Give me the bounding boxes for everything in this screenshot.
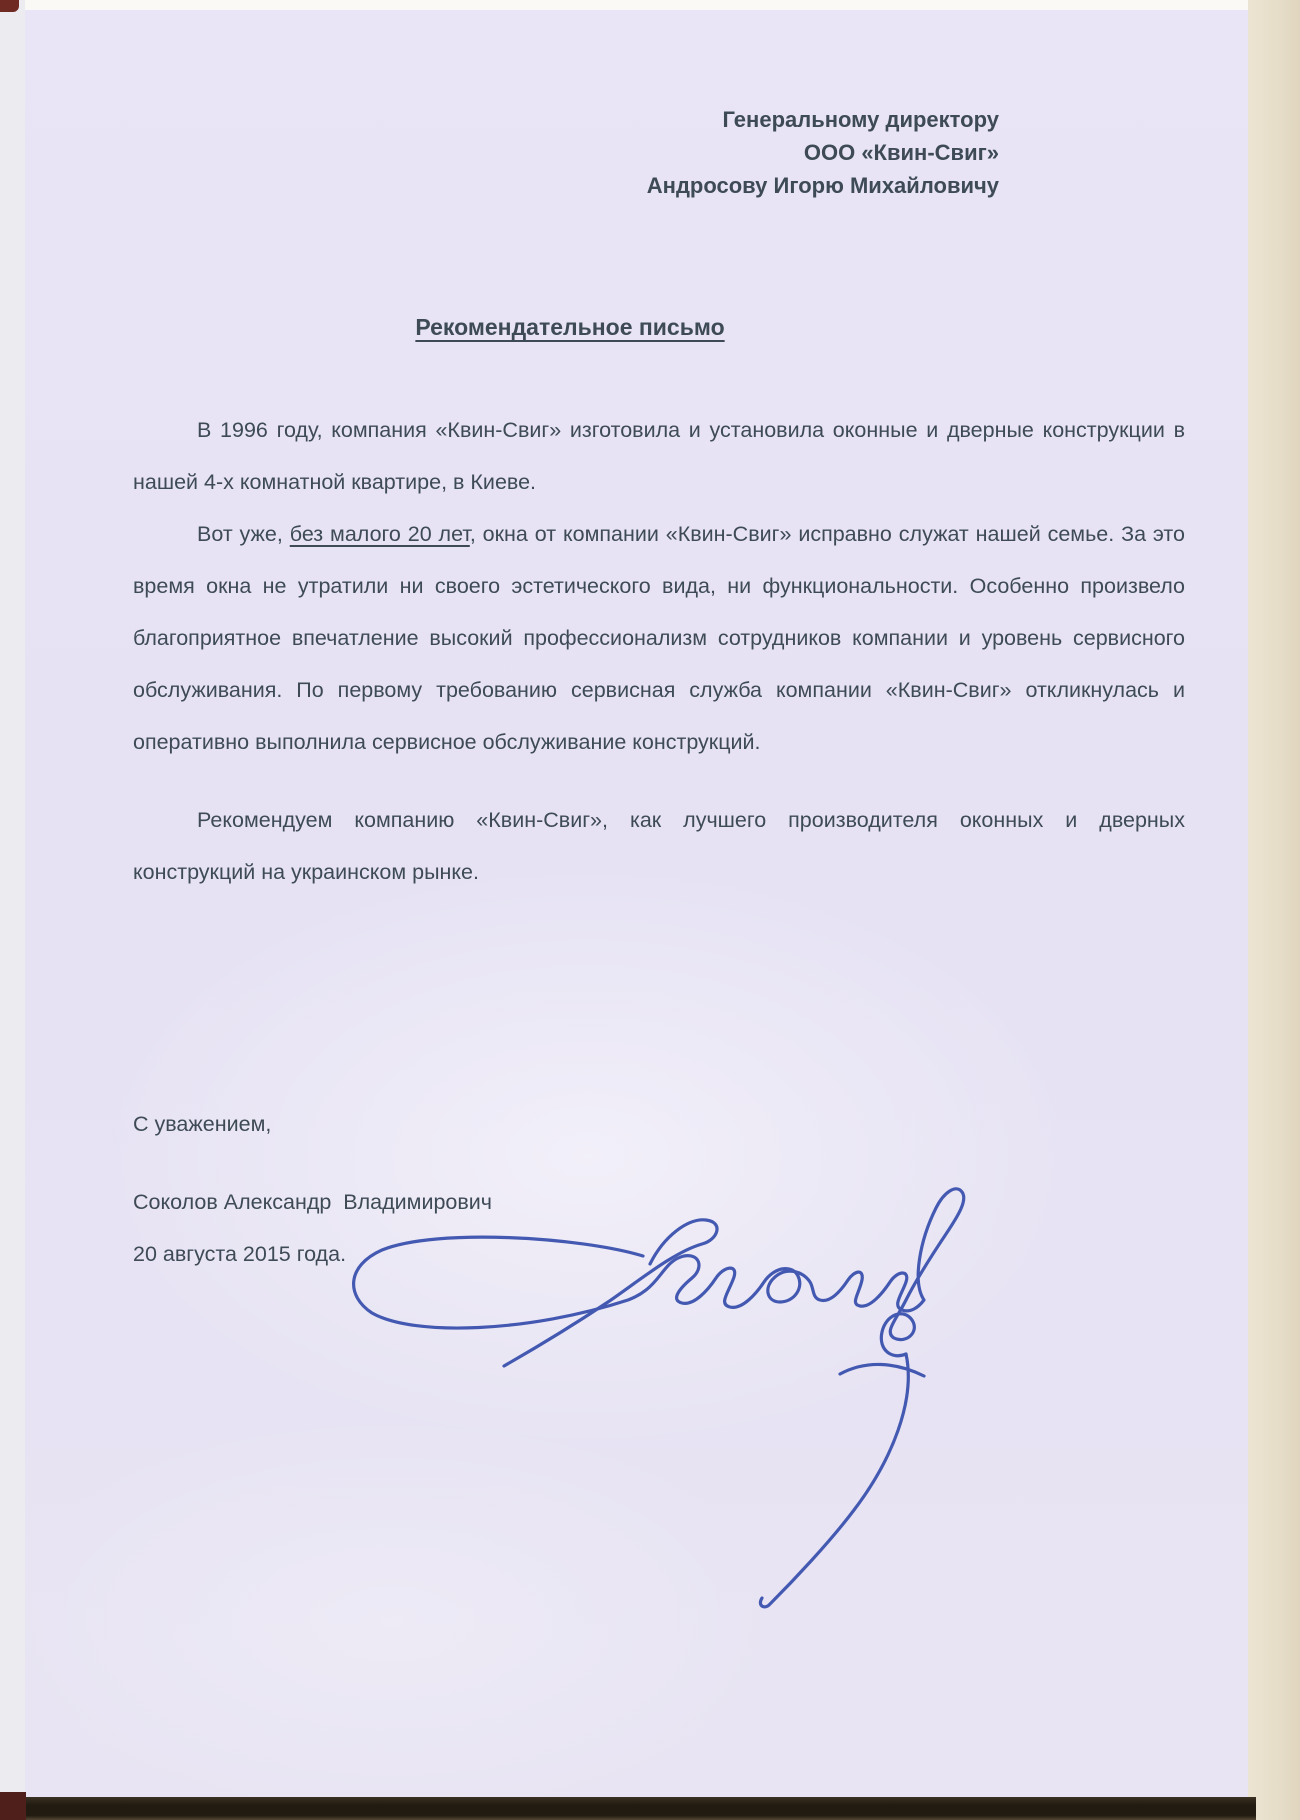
recipient-line-1: Генеральному директору	[133, 103, 999, 136]
scan-edge-right	[1248, 0, 1300, 1820]
scan-artifact-bottom-left	[0, 1792, 26, 1820]
closing-date: 20 августа 2015 года.	[133, 1228, 1185, 1280]
recipient-block: Генеральному директору ООО «Квин-Свиг» А…	[133, 103, 1185, 202]
paragraph-1: В 1996 году, компания «Квин-Свиг» изгото…	[133, 404, 1185, 508]
letter-title: Рекомендательное письмо	[133, 310, 1007, 344]
paragraph-2: Вот уже, без малого 20 лет, окна от комп…	[133, 508, 1185, 768]
paragraph-3: Рекомендуем компанию «Квин-Свиг», как лу…	[133, 794, 1185, 898]
paragraph-2-lead: Вот уже,	[197, 522, 290, 546]
scan-artifact-top-left	[0, 0, 19, 12]
letter-content: Генеральному директору ООО «Квин-Свиг» А…	[133, 0, 1185, 1280]
paragraph-2-underlined-phrase: без малого 20 лет	[290, 522, 470, 546]
closing-salutation: С уважением,	[133, 1098, 1185, 1150]
scan-edge-bottom	[0, 1797, 1256, 1820]
recipient-line-3: Андросову Игорю Михайловичу	[133, 169, 999, 202]
recipient-line-2: ООО «Квин-Свиг»	[133, 136, 999, 169]
closing-signatory-name: Соколов Александр Владимирович	[133, 1176, 1185, 1228]
paragraph-2-rest: , окна от компании «Квин-Свиг» исправно …	[133, 522, 1185, 754]
closing-block: С уважением, Соколов Александр Владимиро…	[133, 1098, 1185, 1280]
